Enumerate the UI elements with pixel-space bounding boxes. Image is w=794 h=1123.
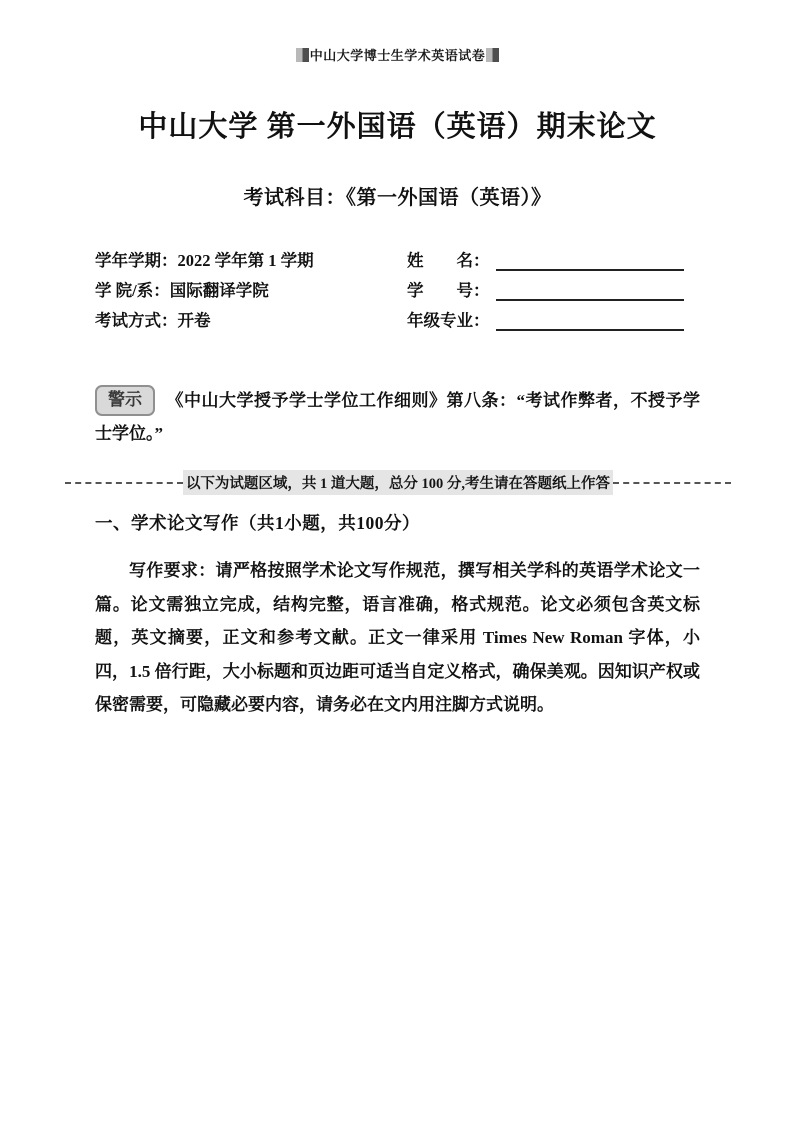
running-header-text: 中山大学博士生学术英语试卷 [310,48,486,63]
exam-mode-label: 考试方式： [95,312,178,331]
student-id-fill-in-line [496,298,685,301]
form-row-student-id: 学号： [407,274,700,304]
form-left-column: 学年学期： 2022 学年第 1 学期 学 院/系： 国际翻译学院 考试方式： … [95,244,407,334]
form-row-name: 姓名： [407,244,700,274]
exam-subject-line: 考试科目：《第一外国语（英语）》 [95,181,700,210]
form-row-major: 年级专业： [407,304,700,334]
term-label: 学年学期： [95,252,178,271]
warning-text: 《中山大学授予学士学位工作细则》第八条：“考试作弊者，不授予学士学位。” [95,391,700,443]
form-row-exam-mode: 考试方式： 开卷 [95,304,407,334]
exam-mode-value: 开卷 [178,312,211,331]
warning-badge: 警示 [95,385,155,416]
halftone-block-icon [486,48,499,62]
exam-paper-page: 中山大学博士生学术英语试卷 中山大学 第一外国语（英语）期末论文 考试科目：《第… [0,0,794,1123]
form-row-school: 学 院/系： 国际翻译学院 [95,274,407,304]
major-label: 年级专业 [407,312,473,331]
name-label-colon: ： [473,247,490,271]
divider-dashes-right [613,482,731,484]
divider-notice-text: 以下为试题区域，共 1 道大题，总分 100 分,考生请在答题纸上作答 [183,470,613,495]
question-requirements-paragraph: 写作要求：请严格按照学术论文写作规范，撰写相关学科的英语学术论文一篇。论文需独立… [95,554,700,722]
exam-title: 中山大学 第一外国语（英语）期末论文 [95,104,700,145]
school-value: 国际翻译学院 [170,282,269,301]
running-header: 中山大学博士生学术英语试卷 [95,45,700,64]
exam-info-form: 学年学期： 2022 学年第 1 学期 学 院/系： 国际翻译学院 考试方式： … [95,244,700,334]
question-heading: 一、学术论文写作（共1小题，共100分） [95,510,700,535]
question-area-divider: 以下为试题区域，共 1 道大题，总分 100 分,考生请在答题纸上作答 [65,470,731,495]
term-value: 2022 学年第 1 学期 [178,252,314,271]
student-id-label: 学号 [407,282,473,301]
major-label-colon: ： [473,307,490,331]
student-id-label-colon: ： [473,277,490,301]
divider-dashes-left [65,482,183,484]
halftone-block-icon [296,48,309,62]
form-right-column: 姓名： 学号： 年级专业： [407,244,700,334]
form-row-term: 学年学期： 2022 学年第 1 学期 [95,244,407,274]
name-label: 姓名 [407,252,473,271]
school-label: 学 院/系： [95,282,170,301]
major-fill-in-line [496,328,685,331]
warning-notice: 警示《中山大学授予学士学位工作细则》第八条：“考试作弊者，不授予学士学位。” [95,384,700,450]
name-fill-in-line [496,268,685,271]
